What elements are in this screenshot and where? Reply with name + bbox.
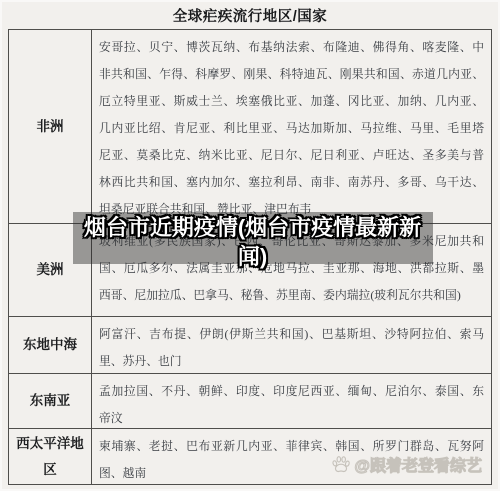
countries-line: 里、苏丹、也门 [99,348,484,373]
countries-line: 尼亚、莫桑比克、纳米比亚、尼日尔、尼日利亚、卢旺达、圣多美与普 [99,142,484,169]
countries-line: 厄立特里亚、斯威士兰、埃塞俄比亚、加蓬、冈比亚、加纳、几内亚、 [99,88,484,115]
region-label: 非洲 [9,30,92,223]
table-row: 非洲安哥拉、贝宁、博茨瓦纳、布基纳法索、布隆迪、佛得角、喀麦隆、中非共和国、乍得… [9,30,491,223]
baidu-paw-icon [331,455,351,475]
table-row: 东南亚孟加拉国、不丹、朝鲜、印度、印度尼西亚、缅甸、尼泊尔、泰国、东帝汶 [9,373,491,428]
region-label: 东南亚 [9,374,92,428]
countries-cell: 孟加拉国、不丹、朝鲜、印度、印度尼西亚、缅甸、尼泊尔、泰国、东帝汶 [92,374,491,428]
watermark-text: @跟着老登看综艺 [354,453,482,476]
overlay-title-line-2: 闻) [40,242,465,271]
countries-cell: 安哥拉、贝宁、博茨瓦纳、布基纳法索、布隆迪、佛得角、喀麦隆、中非共和国、乍得、科… [92,30,491,223]
countries-line: 几内亚比绍、肯尼亚、利比里亚、马达加斯加、马拉维、马里、毛里塔 [99,115,484,142]
page-title: 全球疟疾流行地区/国家 [0,5,500,26]
region-label: 西太平洋地区 [9,429,92,484]
countries-line: 西哥、尼加拉瓜、巴拿马、秘鲁、苏里南、委内瑞拉(玻利瓦尔共和国) [99,282,484,309]
countries-line: 阿富汗、吉布提、伊朗(伊斯兰共和国)、巴基斯坦、沙特阿拉伯、索马 [99,321,484,348]
countries-line: 帝汶 [99,405,484,428]
overlay-title-line-1: 烟台市近期疫情(烟台市疫情最新新 [40,213,465,242]
watermark: @跟着老登看综艺 [331,453,482,476]
countries-line: 林西比共和国、塞内加尔、塞拉利昂、南非、南苏丹、多哥、乌干达、 [99,169,484,196]
document-page: 全球疟疾流行地区/国家 非洲安哥拉、贝宁、博茨瓦纳、布基纳法索、布隆迪、佛得角、… [0,0,500,491]
table-row: 东地中海阿富汗、吉布提、伊朗(伊斯兰共和国)、巴基斯坦、沙特阿拉伯、索马里、苏丹… [9,316,491,373]
countries-line: 孟加拉国、不丹、朝鲜、印度、印度尼西亚、缅甸、尼泊尔、泰国、东 [99,378,484,405]
region-label: 东地中海 [9,317,92,373]
countries-line: 安哥拉、贝宁、博茨瓦纳、布基纳法索、布隆迪、佛得角、喀麦隆、中 [99,34,484,61]
countries-cell: 阿富汗、吉布提、伊朗(伊斯兰共和国)、巴基斯坦、沙特阿拉伯、索马里、苏丹、也门 [92,317,491,373]
overlay-title: 烟台市近期疫情(烟台市疫情最新新 闻) [40,213,465,271]
countries-line: 非共和国、乍得、科摩罗、刚果、科特迪瓦、刚果共和国、赤道几内亚、 [99,61,484,88]
